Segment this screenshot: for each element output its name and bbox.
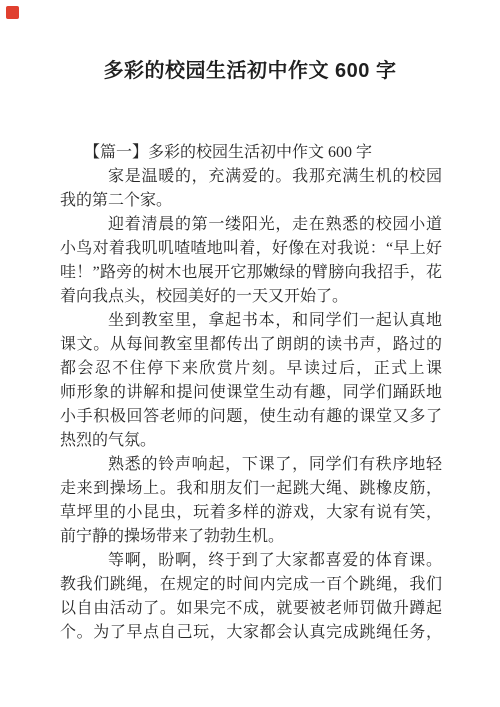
text-line: 【篇一】多彩的校园生活初中作文 600 字 [60, 141, 442, 165]
document-body: 【篇一】多彩的校园生活初中作文 600 字 家是温暖的，充满爱的。我那充满生机的… [60, 141, 442, 645]
text-line: 哇！”路旁的树木也展开它那嫩绿的臂膀向我招手，花儿跟 [60, 261, 442, 285]
text-line: 熟悉的铃声响起，下课了，同学们有秩序地轻声慢 [60, 453, 442, 477]
text-line: 迎着清晨的第一缕阳光，走在熟悉的校园小道上， [60, 213, 442, 237]
text-line: 课文。从每间教室里都传出了朗朗的读书声，路过的行人 [60, 333, 442, 357]
text-line: 师形象的讲解和提问使课堂生动有趣，同学们踊跃地举起 [60, 381, 442, 405]
text-line: 家是温暖的，充满爱的。我那充满生机的校园就是 [60, 165, 442, 189]
text-line: 热烈的气氛。 [60, 429, 442, 453]
text-line: 等啊，盼啊，终于到了大家都喜爱的体育课。老师 [60, 549, 442, 573]
text-line: 走来到操场上。我和朋友们一起跳大绳、跳橡皮筋，观察 [60, 477, 442, 501]
document-page: 多彩的校园生活初中作文 600 字 【篇一】多彩的校园生活初中作文 600 字 … [0, 0, 500, 707]
red-square-icon [6, 6, 19, 19]
text-line: 以自由活动了。如果完不成，就要被老师罚做升蹲起 50 [60, 597, 442, 621]
text-line: 我的第二个家。 [60, 189, 442, 213]
text-line: 教我们跳绳，在规定的时间内完成一百个跳绳，我们就可 [60, 573, 442, 597]
text-line: 个。为了早点自己玩，大家都会认真完成跳绳任务，看到 [60, 621, 442, 645]
text-line: 草坪里的小昆虫，玩着多样的游戏，大家有说有笑，给先 [60, 501, 442, 525]
text-line: 前宁静的操场带来了勃勃生机。 [60, 525, 442, 549]
text-line: 小手积极回答老师的问题，使生动有趣的课堂又多了活泼 [60, 405, 442, 429]
text-line: 都会忍不住停下来欣赏片刻。早读过后，正式上课了，老 [60, 357, 442, 381]
text-line: 坐到教室里，拿起书本，和同学们一起认真地读着 [60, 309, 442, 333]
text-line: 小鸟对着我叽叽喳喳地叫着，好像在对我说：“早上好 [60, 237, 442, 261]
document-title: 多彩的校园生活初中作文 600 字 [0, 56, 500, 86]
text-line: 着向我点头，校园美好的一天又开始了。 [60, 285, 442, 309]
